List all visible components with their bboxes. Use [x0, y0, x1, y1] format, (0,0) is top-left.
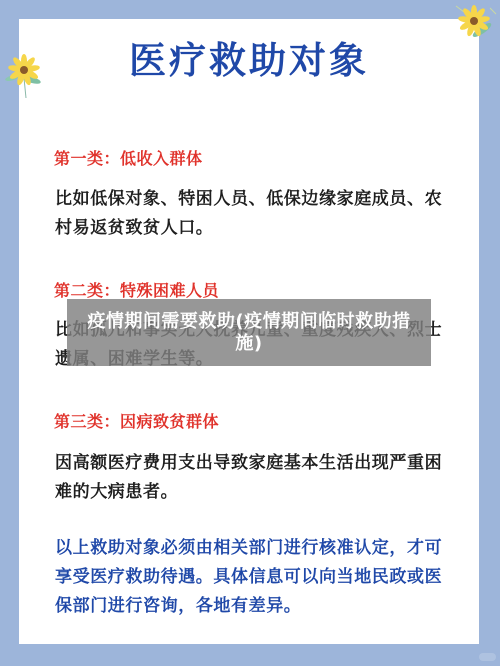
section-body-3: 因高额医疗费用支出导致家庭基本生活出现严重困难的大病患者。 — [55, 449, 450, 507]
watermark-badge — [479, 653, 496, 661]
section-body-1: 比如低保对象、特困人员、低保边缘家庭成员、农村易返贫致贫人口。 — [55, 185, 450, 243]
section-heading-2: 第二类：特殊困难人员 — [54, 281, 219, 301]
caption-overlay: 疫情期间需要救助(疫情期间临时救助措施) — [67, 299, 431, 366]
overlay-caption: 疫情期间需要救助(疫情期间临时救助措施) — [67, 311, 431, 355]
section-heading-1: 第一类：低收入群体 — [54, 149, 203, 169]
page-title: 医疗救助对象 — [19, 39, 479, 83]
section-heading-3: 第三类：因病致贫群体 — [54, 412, 219, 432]
sunflower-icon — [2, 48, 44, 100]
sunflower-icon — [452, 2, 498, 44]
note-text: 以上救助对象必须由相关部门进行核准认定，才可享受医疗救助待遇。具体信息可以向当地… — [55, 534, 455, 621]
